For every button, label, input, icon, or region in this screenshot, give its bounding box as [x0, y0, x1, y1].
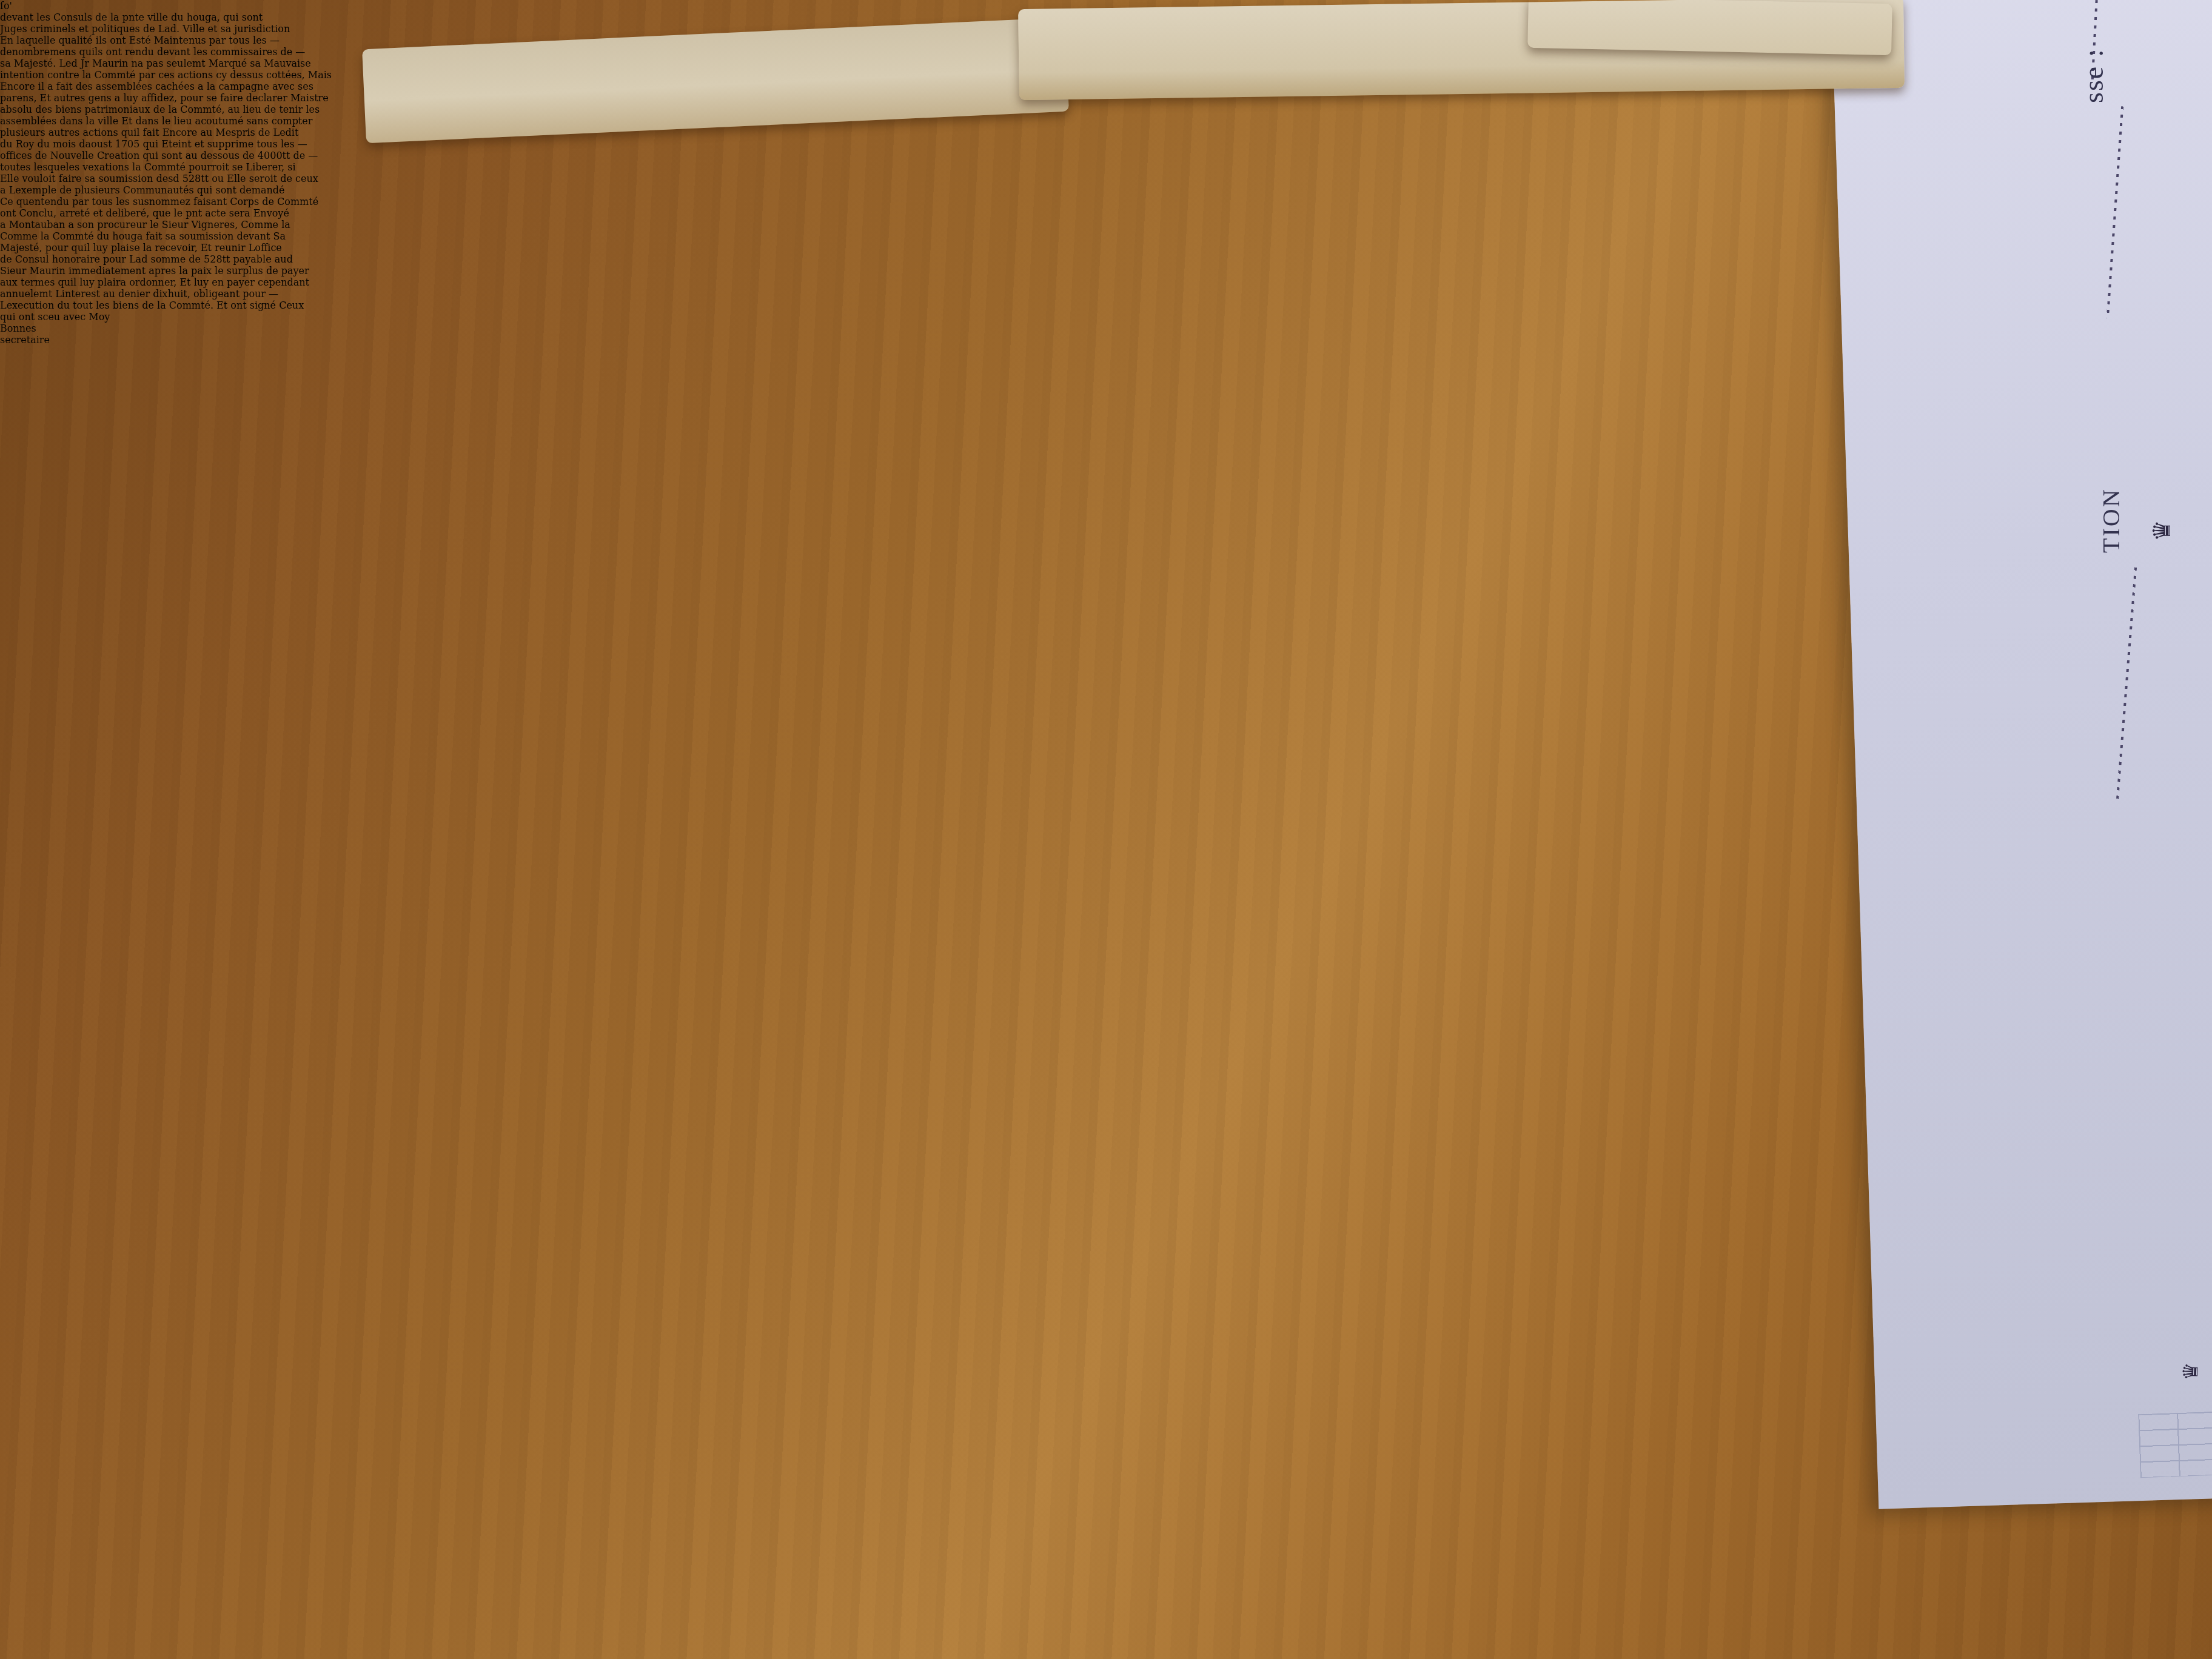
printed-sheet	[1830, 0, 2212, 1509]
crest-icon: ♛	[2179, 1362, 2204, 1381]
crest-icon: ♛	[2148, 520, 2176, 541]
printed-text-fragment: TION	[2097, 488, 2125, 553]
photo-of-manuscript-on-table: sse : TION ♛ ♛ ſo' devant les Consuls de…	[0, 0, 2212, 1659]
printed-text-fragment: sse :	[2077, 49, 2110, 104]
printed-table-rules	[2138, 1412, 2212, 1478]
stacked-folio-edge	[1527, 0, 1892, 55]
